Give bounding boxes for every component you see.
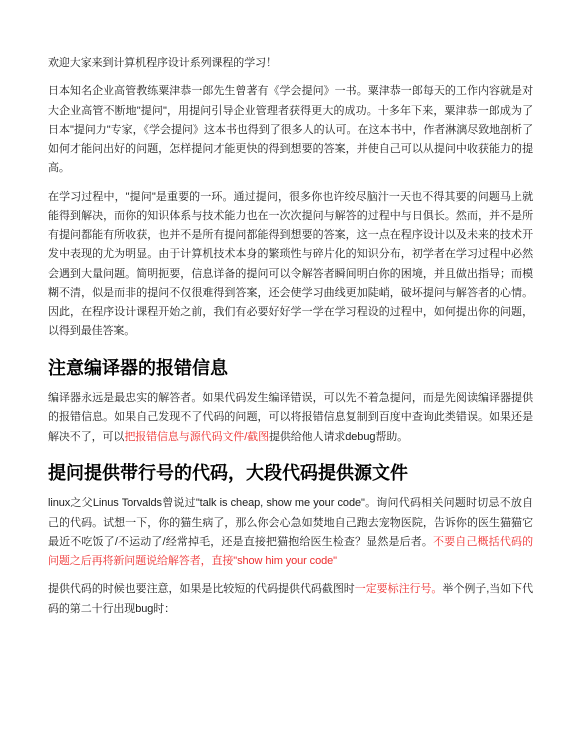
- document-page: 欢迎大家来到计算机程序设计系列课程的学习！ 日本知名企业高管教练粟津恭一郎先生曾…: [0, 0, 572, 740]
- text-run: 提供给他人请求debug帮助。: [269, 431, 408, 443]
- paragraph-annotate-line-numbers: 提供代码的时候也要注意，如果是比较短的代码提供代码截图时一定要标注行号。举个例子…: [48, 580, 533, 619]
- intro-paragraph-book-awazu: 日本知名企业高管教练粟津恭一郎先生曾著有《学会提问》一书。粟津恭一郎每天的工作内…: [48, 82, 533, 178]
- intro-paragraph-why-asking-matters: 在学习过程中，"提问"是重要的一环。通过提问，很多你也许绞尽脑汁一天也不得其要的…: [48, 188, 533, 342]
- section-heading-code-with-line-numbers: 提问提供带行号的代码，大段代码提供源文件: [48, 462, 533, 485]
- section-heading-compiler-errors: 注意编译器的报错信息: [48, 357, 533, 380]
- paragraph-show-your-code: linux之父Linus Torvalds曾说过"talk is cheap, …: [48, 494, 533, 571]
- emphasis-red-text: 把报错信息与源代码文件/截图: [124, 431, 269, 443]
- intro-paragraph-welcome: 欢迎大家来到计算机程序设计系列课程的学习！: [48, 54, 533, 73]
- paragraph-compiler-errors: 编译器永远是最忠实的解答者。如果代码发生编译错误，可以先不着急提问，而是先阅读编…: [48, 389, 533, 447]
- text-run: 提供代码的时候也要注意，如果是比较短的代码提供代码截图时: [48, 583, 355, 595]
- emphasis-red-text: 一定要标注行号。: [355, 583, 443, 595]
